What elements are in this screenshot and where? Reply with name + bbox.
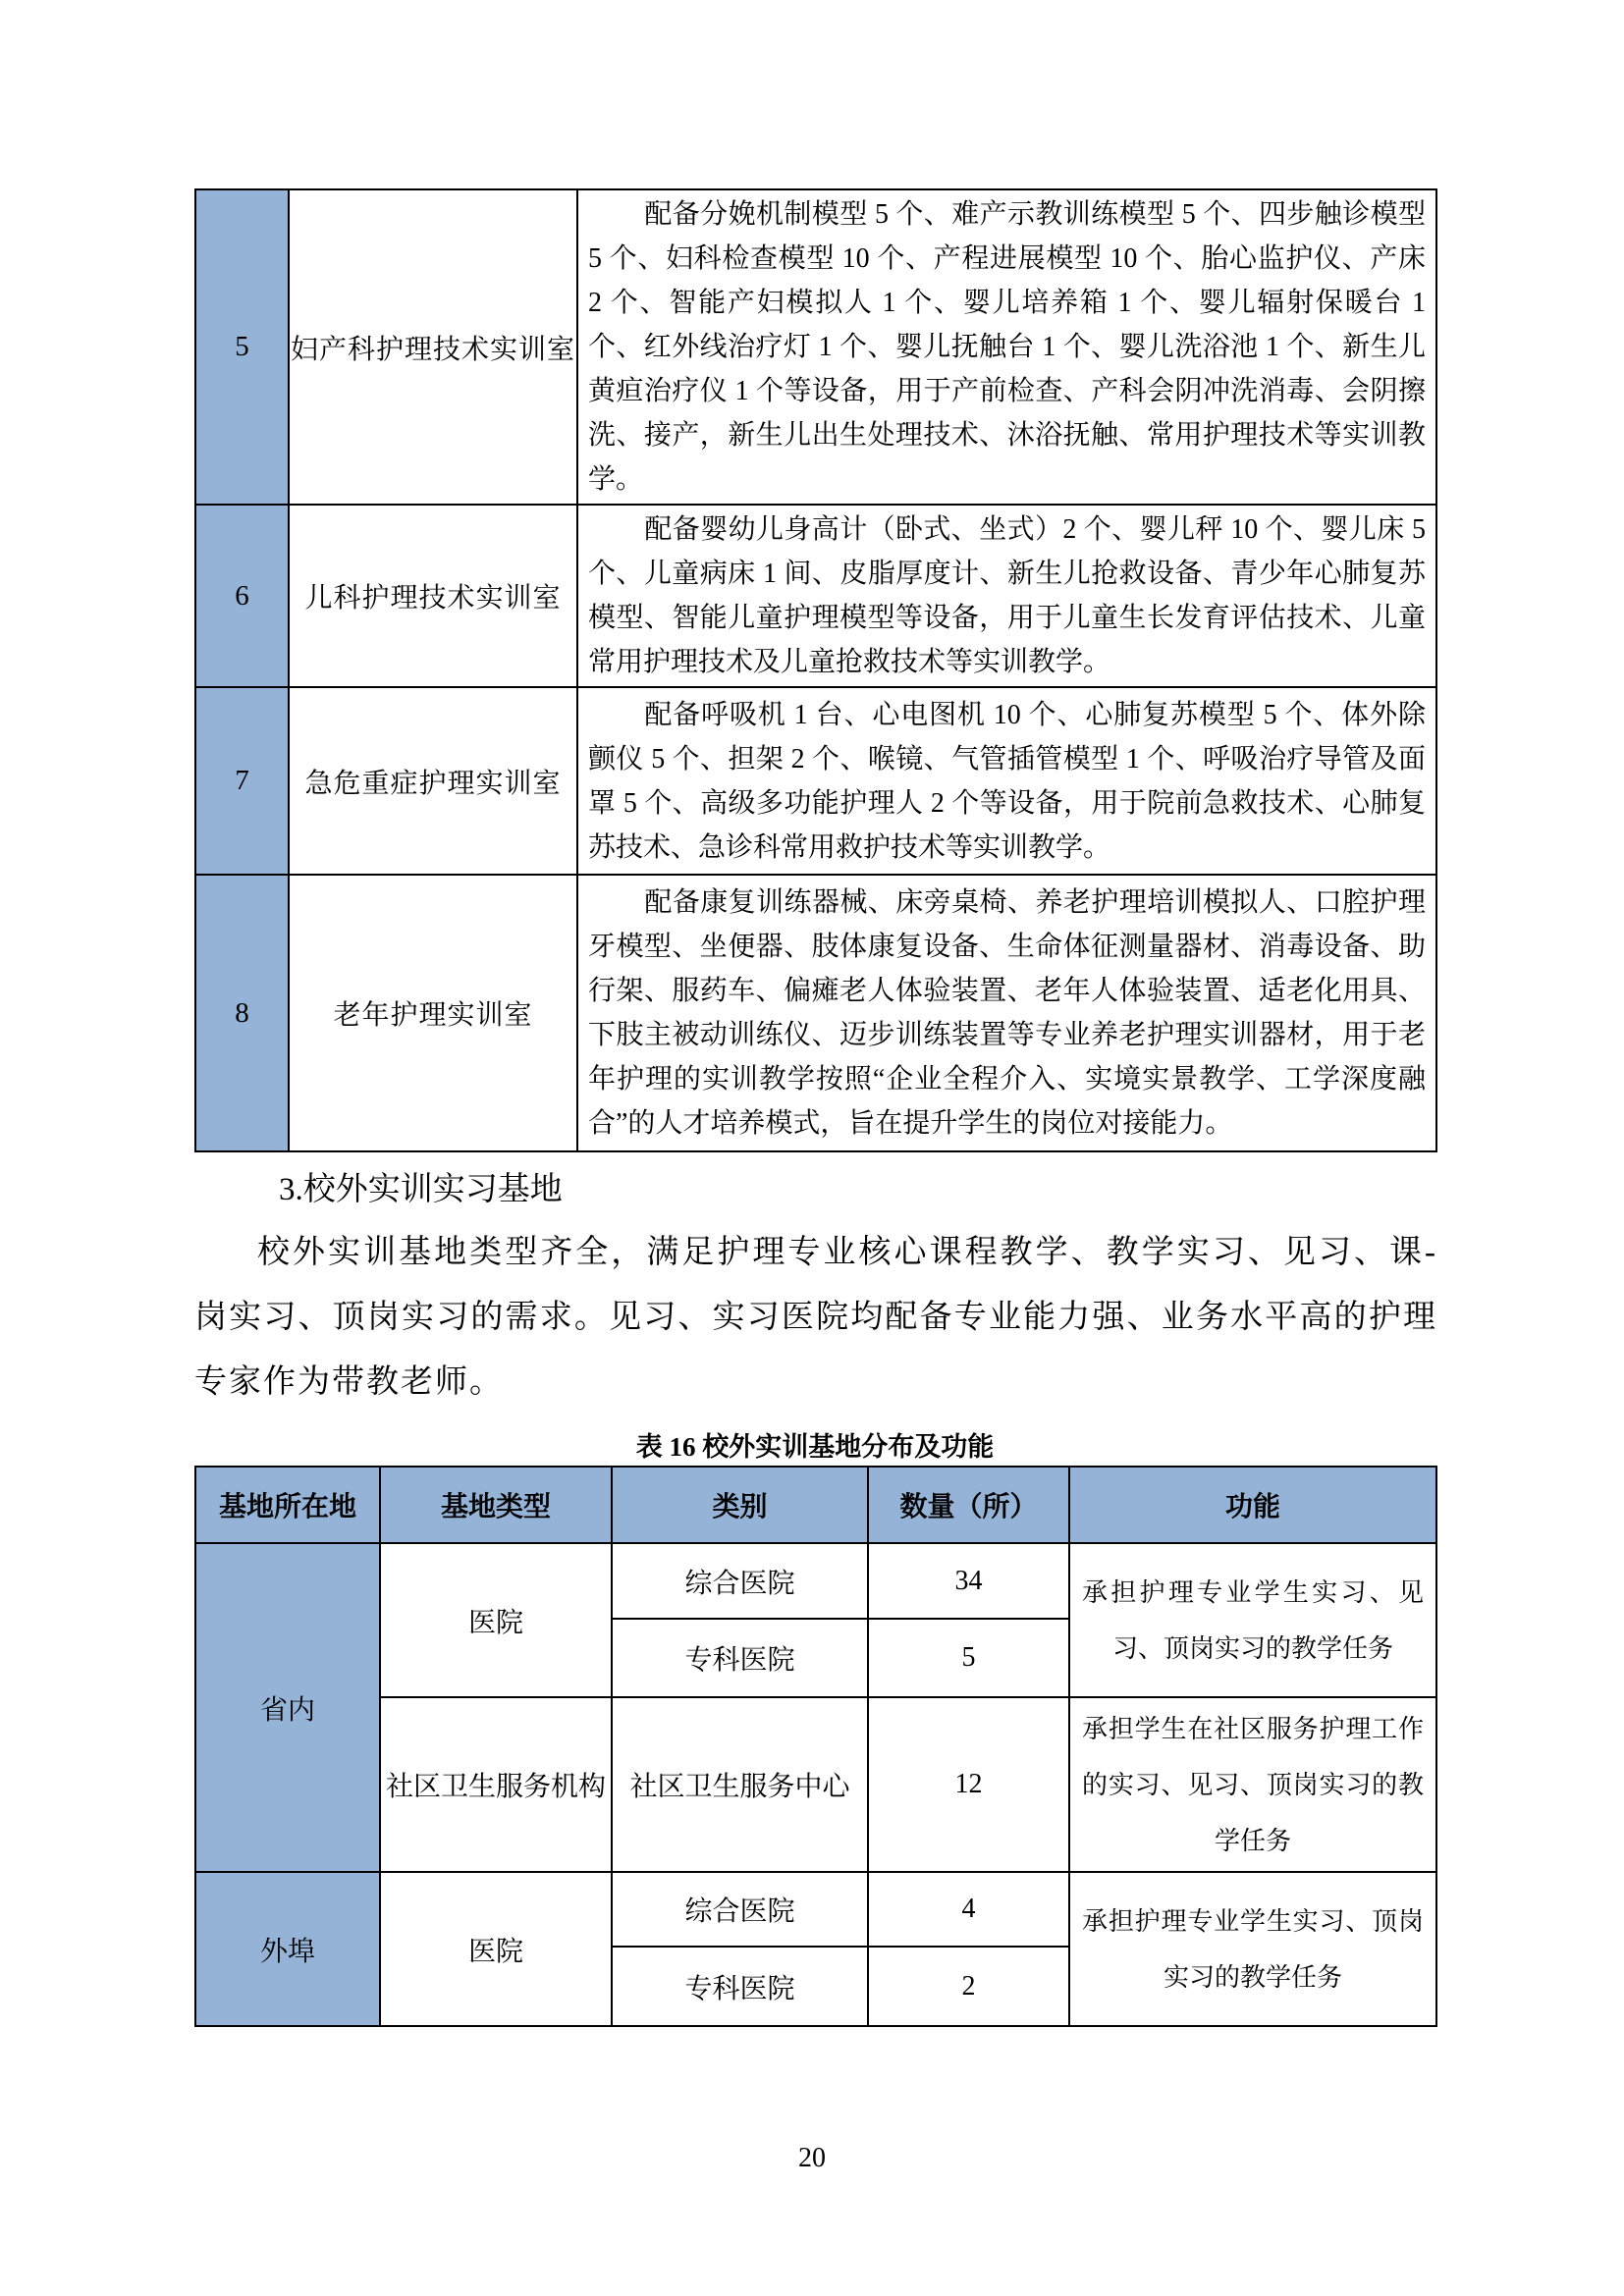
function-cell: 承担学生在社区服务护理工作的实习、见习、顶岗实习的教学任务: [1069, 1697, 1436, 1872]
paragraph-text: 校外实训基地类型齐全，满足护理专业核心课程教学、教学实习、见习、课-岗实习、顶岗…: [194, 1220, 1437, 1415]
table-row: 外埠 医院 综合医院 4 承担护理专业学生实习、顶岗实习的教学任务: [195, 1872, 1436, 1947]
room-description-cell: 配备康复训练器械、床旁桌椅、养老护理培训模拟人、口腔护理牙模型、坐便器、肢体康复…: [577, 875, 1436, 1151]
base-type-cell: 社区卫生服务机构: [380, 1697, 612, 1872]
category-cell: 专科医院: [612, 1619, 868, 1697]
room-description-cell: 配备呼吸机 1 台、心电图机 10 个、心肺复苏模型 5 个、体外除颤仪 5 个…: [577, 687, 1436, 875]
location-cell: 外埠: [195, 1872, 380, 2026]
table-row: 6 儿科护理技术实训室 配备婴幼儿身高计（卧式、坐式）2 个、婴儿秤 10 个、…: [195, 505, 1436, 687]
column-header-location: 基地所在地: [195, 1467, 380, 1543]
category-cell: 社区卫生服务中心: [612, 1697, 868, 1872]
section-heading: 3.校外实训实习基地: [279, 1168, 563, 1212]
count-cell: 4: [868, 1872, 1069, 1947]
column-header-function: 功能: [1069, 1467, 1436, 1543]
category-cell: 综合医院: [612, 1872, 868, 1947]
base-type-cell: 医院: [380, 1543, 612, 1697]
table-row: 省内 医院 综合医院 34 承担护理专业学生实习、见习、顶岗实习的教学任务: [195, 1543, 1436, 1619]
function-cell: 承担护理专业学生实习、顶岗实习的教学任务: [1069, 1872, 1436, 2026]
row-number-cell: 5: [195, 189, 289, 505]
category-cell: 综合医院: [612, 1543, 868, 1619]
table-caption: 表 16 校外实训基地分布及功能: [194, 1425, 1435, 1464]
location-cell: 省内: [195, 1543, 380, 1872]
room-name-cell: 儿科护理技术实训室: [289, 505, 577, 687]
count-cell: 12: [868, 1697, 1069, 1872]
campus-training-rooms-table: 5 妇产科护理技术实训室 配备分娩机制模型 5 个、难产示教训练模型 5 个、四…: [194, 188, 1437, 1152]
count-cell: 34: [868, 1543, 1069, 1619]
table-header-row: 基地所在地 基地类型 类别 数量（所） 功能: [195, 1467, 1436, 1543]
row-number-cell: 7: [195, 687, 289, 875]
room-description-cell: 配备分娩机制模型 5 个、难产示教训练模型 5 个、四步触诊模型 5 个、妇科检…: [577, 189, 1436, 505]
room-description-cell: 配备婴幼儿身高计（卧式、坐式）2 个、婴儿秤 10 个、婴儿床 5 个、儿童病床…: [577, 505, 1436, 687]
room-name-cell: 急危重症护理实训室: [289, 687, 577, 875]
section-paragraph: 校外实训基地类型齐全，满足护理专业核心课程教学、教学实习、见习、课-岗实习、顶岗…: [194, 1220, 1437, 1415]
table-row: 8 老年护理实训室 配备康复训练器械、床旁桌椅、养老护理培训模拟人、口腔护理牙模…: [195, 875, 1436, 1151]
count-cell: 5: [868, 1619, 1069, 1697]
page-number: 20: [0, 2143, 1624, 2174]
count-cell: 2: [868, 1947, 1069, 2026]
row-number-cell: 6: [195, 505, 289, 687]
room-name-cell: 老年护理实训室: [289, 875, 577, 1151]
function-cell: 承担护理专业学生实习、见习、顶岗实习的教学任务: [1069, 1543, 1436, 1697]
base-type-cell: 医院: [380, 1872, 612, 2026]
row-number-cell: 8: [195, 875, 289, 1151]
room-name-cell: 妇产科护理技术实训室: [289, 189, 577, 505]
column-header-type: 基地类型: [380, 1467, 612, 1543]
table-row: 7 急危重症护理实训室 配备呼吸机 1 台、心电图机 10 个、心肺复苏模型 5…: [195, 687, 1436, 875]
category-cell: 专科医院: [612, 1947, 868, 2026]
column-header-count: 数量（所）: [868, 1467, 1069, 1543]
table-row: 社区卫生服务机构 社区卫生服务中心 12 承担学生在社区服务护理工作的实习、见习…: [195, 1697, 1436, 1872]
external-training-bases-table: 基地所在地 基地类型 类别 数量（所） 功能 省内 医院 综合医院 34 承担护…: [194, 1466, 1437, 2027]
table-row: 5 妇产科护理技术实训室 配备分娩机制模型 5 个、难产示教训练模型 5 个、四…: [195, 189, 1436, 505]
column-header-category: 类别: [612, 1467, 868, 1543]
